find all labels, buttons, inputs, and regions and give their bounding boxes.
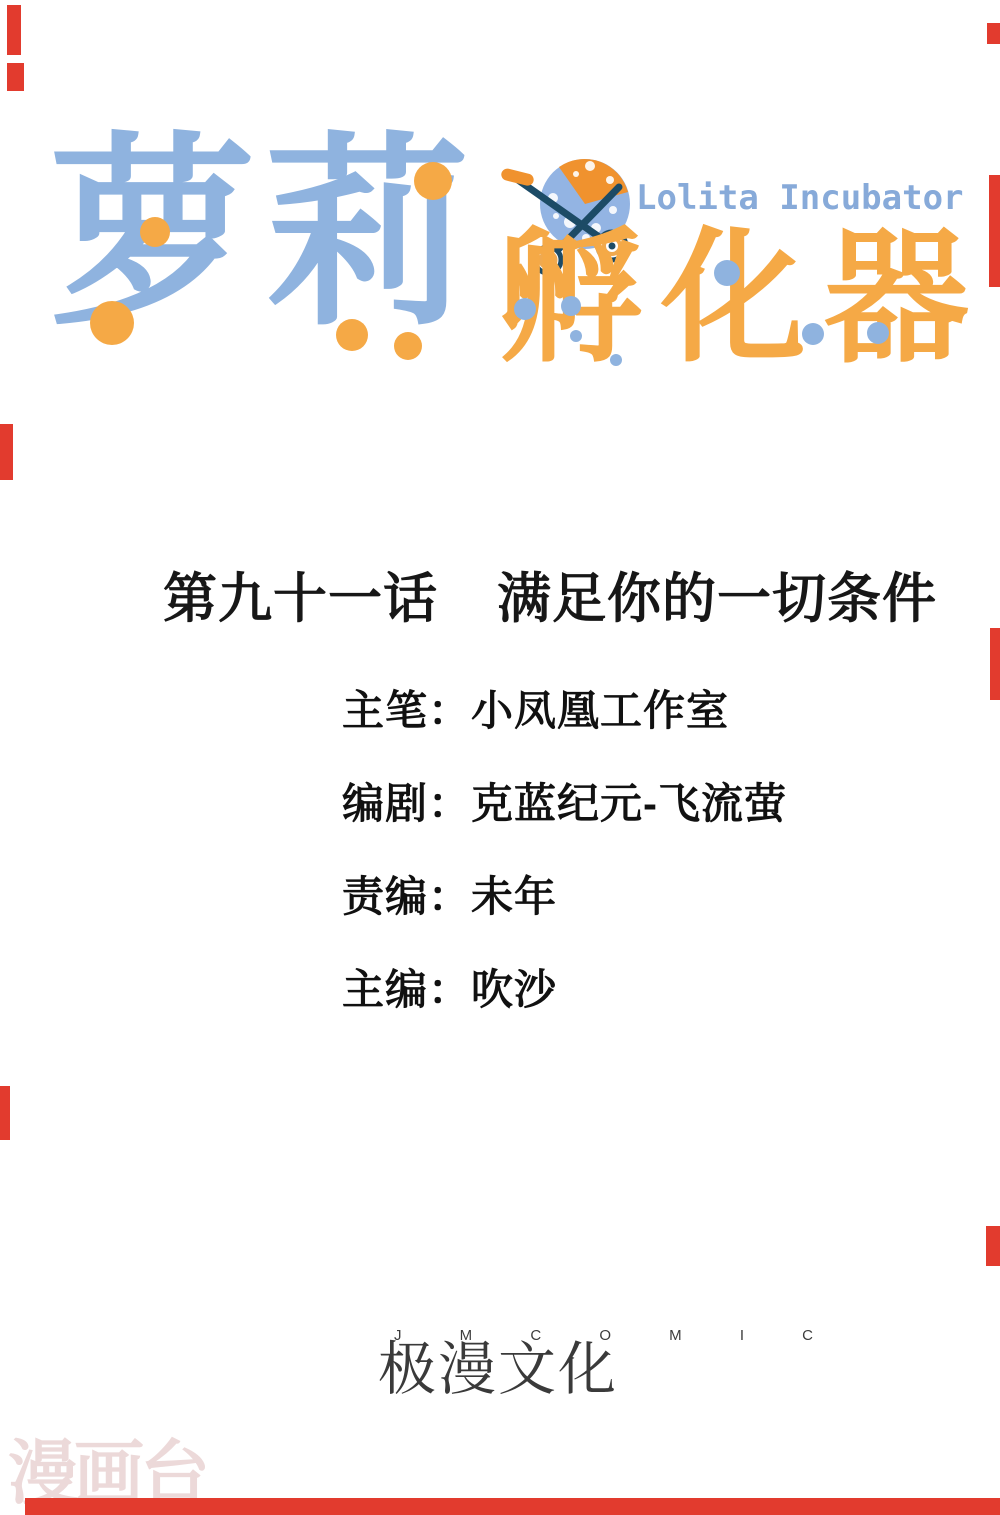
red-scan-mark [989,175,1000,287]
credit-line-chief-editor: 主编：吹沙 [342,961,787,1054]
credit-line-artist: 主笔：小凤凰工作室 [342,682,787,775]
red-scan-mark [7,63,24,91]
red-scan-mark [7,5,21,55]
publisher-chinese-name: 极漫文化 [378,1341,618,1399]
credit-line-editor: 责编：未年 [342,868,787,961]
chapter-title: 满足你的一切条件 [497,572,937,626]
red-scan-mark [0,424,13,480]
comic-chapter-title-page: 萝莉 [0,0,1000,1515]
red-scan-mark [987,23,1000,44]
series-title-chinese-orange: 孵化器 [498,226,987,371]
series-title-english: Lolita Incubator [636,181,964,215]
chapter-number: 第九十一话 [163,572,438,626]
site-watermark: 漫画台 [8,1438,206,1508]
red-scan-mark [990,628,1000,700]
red-scan-mark [986,1226,1000,1266]
series-title-chinese-blue: 萝莉 [50,132,480,337]
red-scan-mark [0,1086,10,1140]
stroller-handle [500,167,535,187]
credit-line-screenwriter: 编剧：克蓝纪元-飞流萤 [342,775,787,868]
staff-credits: 主笔：小凤凰工作室 编剧：克蓝纪元-飞流萤 责编：未年 主编：吹沙 [342,682,787,1054]
